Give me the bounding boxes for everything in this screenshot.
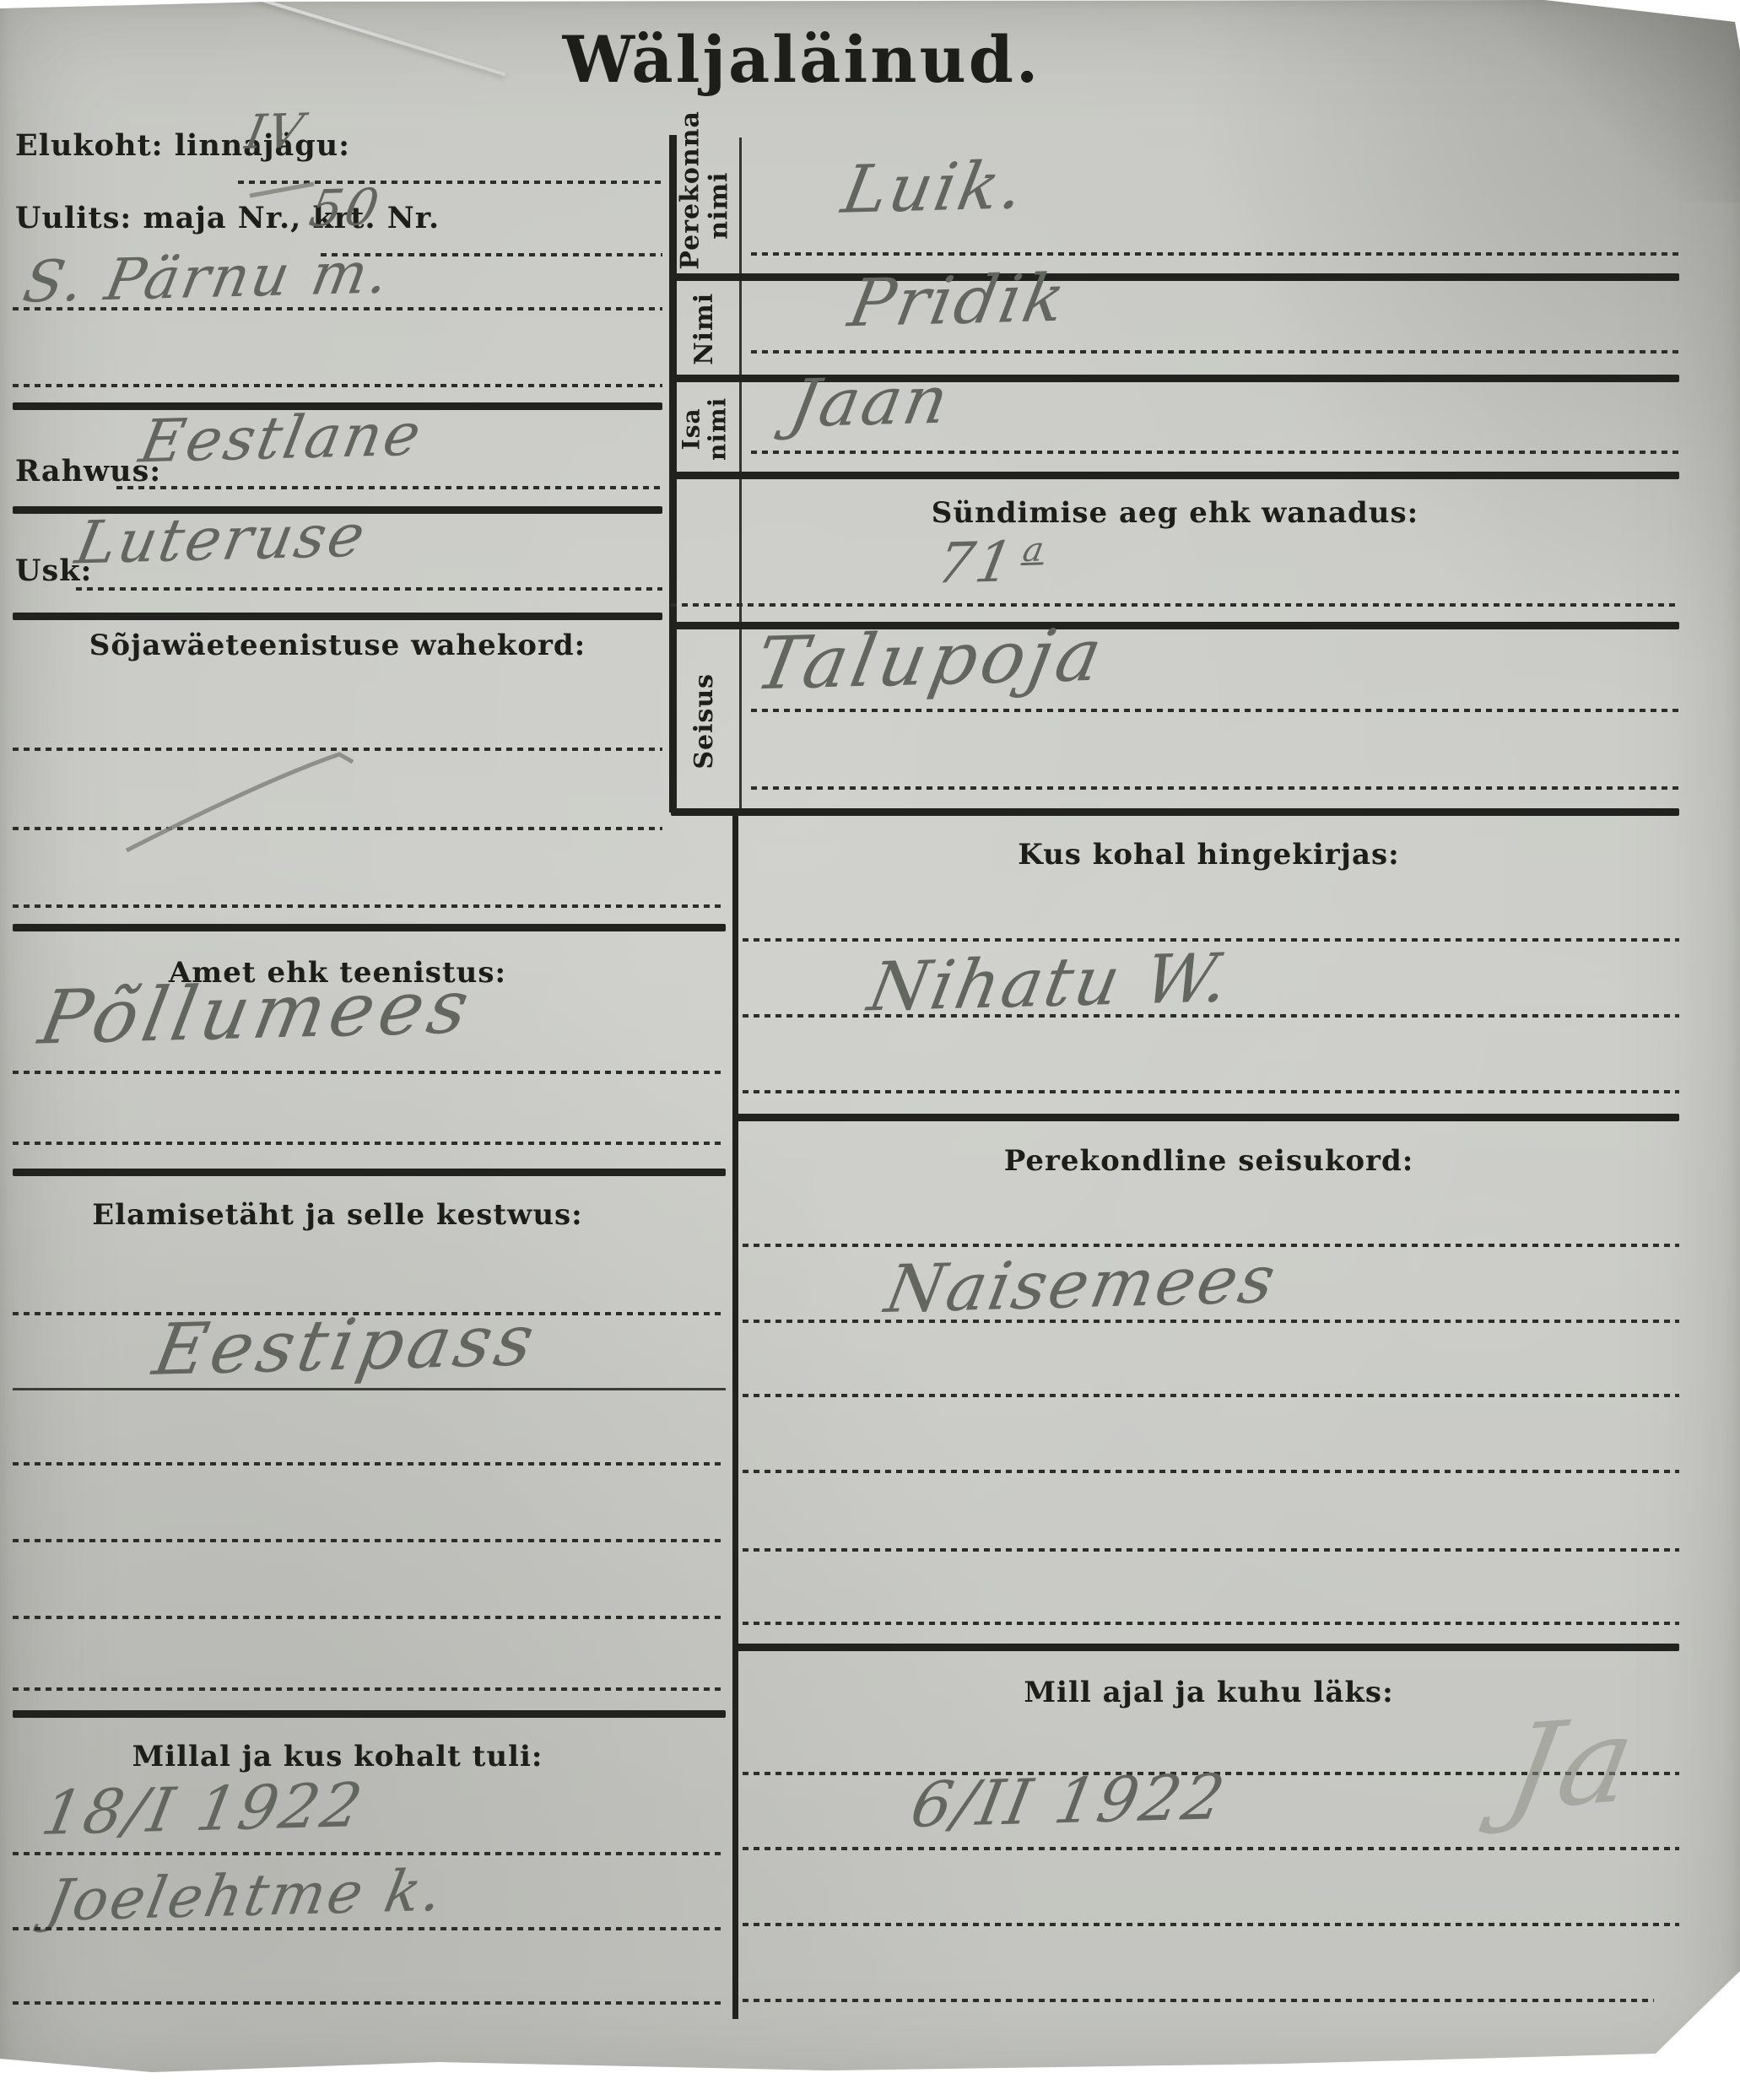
label-line: Isa [678,397,705,461]
label-line: Seisus [690,673,719,769]
dotted-line [751,350,1679,354]
dotted-line [13,827,662,830]
dotted-line [751,709,1679,712]
section-registry-header: Kus kohal hingekirjas: [738,838,1679,872]
label-perekonna-nimi: Perekonna nimi [673,142,737,270]
field-arrival-date: 18/I 1922 [36,1769,370,1849]
field-rahwus-value: Eestlane [134,400,428,477]
thick-rule [671,273,1679,281]
dotted-line [751,451,1679,454]
dotted-line [238,181,662,184]
dotted-line [751,786,1679,790]
field-departure-note: Ja [1497,1692,1646,1838]
dotted-line [743,1470,1679,1473]
thick-rule [671,472,1679,479]
dotted-line [13,384,662,387]
dotted-line [13,1142,726,1145]
label-nimi: Nimi [673,287,737,371]
field-usk-value: Luteruse [70,501,372,578]
label-line: nimi [705,142,733,270]
dotted-line [13,748,662,751]
dotted-line [13,1852,726,1855]
field-registry-value: Nihatu W. [862,938,1237,1026]
field-arrival-place: Joelehtme k. [41,1858,450,1935]
field-status-value: Talupoja [749,613,1112,707]
dotted-line [13,1462,726,1466]
dotted-line [743,1394,1679,1397]
field-elukoht-value: IV [241,104,310,160]
field-name-value: Pridik [843,261,1073,343]
field-amet-value: Põllumees [33,963,480,1061]
label-isa-nimi: Isa nimi [673,386,737,471]
dotted-line [76,587,662,591]
dotted-line [743,1847,1679,1850]
thick-rule [13,1710,726,1718]
dotted-line [743,1320,1679,1323]
field-uulits-value: 50 [305,178,386,239]
field-surname-value: Luik. [836,148,1032,229]
field-birth-value: 71a [932,528,1051,596]
thick-rule [13,924,726,931]
dotted-line [743,1622,1679,1625]
label-seisus: Seisus [673,637,737,806]
section-birth-header: Sündimise aeg ehk wanadus: [671,496,1679,530]
label-line: nimi [705,397,731,461]
field-family-value: Naisemees [879,1242,1283,1328]
dotted-line [743,1090,1679,1093]
dotted-line [743,1548,1679,1552]
section-millal-header: Millal ja kus kohalt tuli: [13,1740,662,1773]
field-street-value: S. Pärnu m. [19,240,397,316]
column-divider [732,812,738,2019]
dotted-line [13,1927,726,1930]
section-family-header: Perekondline seisukord: [738,1144,1679,1178]
solid-line [13,1388,726,1390]
field-departure-date: 6/II 1922 [905,1761,1232,1842]
thick-rule [736,1644,1679,1651]
label-line: Nimi [690,293,719,365]
section-elamisetaht-header: Elamisetäht ja selle kestwus: [13,1198,662,1232]
dotted-line [13,2001,726,2005]
thick-rule [13,1169,726,1176]
corner-fold [1453,0,1740,202]
dotted-line [671,603,1679,607]
paper-crease [239,0,506,76]
form-title: Wäljaläinud. [473,22,1131,97]
dotted-line [13,904,726,908]
field-elamisetaht-value: Eestipass [148,1298,544,1391]
thick-rule [13,613,662,620]
dotted-line [13,307,662,310]
section-military-header: Sõjawäeteenistuse wahekord: [13,629,662,662]
dotted-line [743,1923,1679,1926]
field-father-value: Jaan [784,363,956,443]
dotted-line [13,1687,726,1691]
dotted-line [116,486,662,489]
dotted-line [751,252,1679,256]
dotted-line [13,1071,726,1074]
paper-sheet: Wäljaläinud. Elukoht: linnajägu: IV Uuli… [0,0,1740,2100]
thick-rule [671,808,1679,816]
thick-rule [736,1114,1679,1121]
label-line: Perekonna [676,142,705,270]
dotted-line [13,1539,726,1542]
dotted-line [743,1014,1679,1018]
scanned-form: Wäljaläinud. Elukoht: linnajägu: IV Uuli… [0,0,1740,2100]
dotted-line [743,1999,1654,2002]
dotted-line [13,1616,726,1619]
